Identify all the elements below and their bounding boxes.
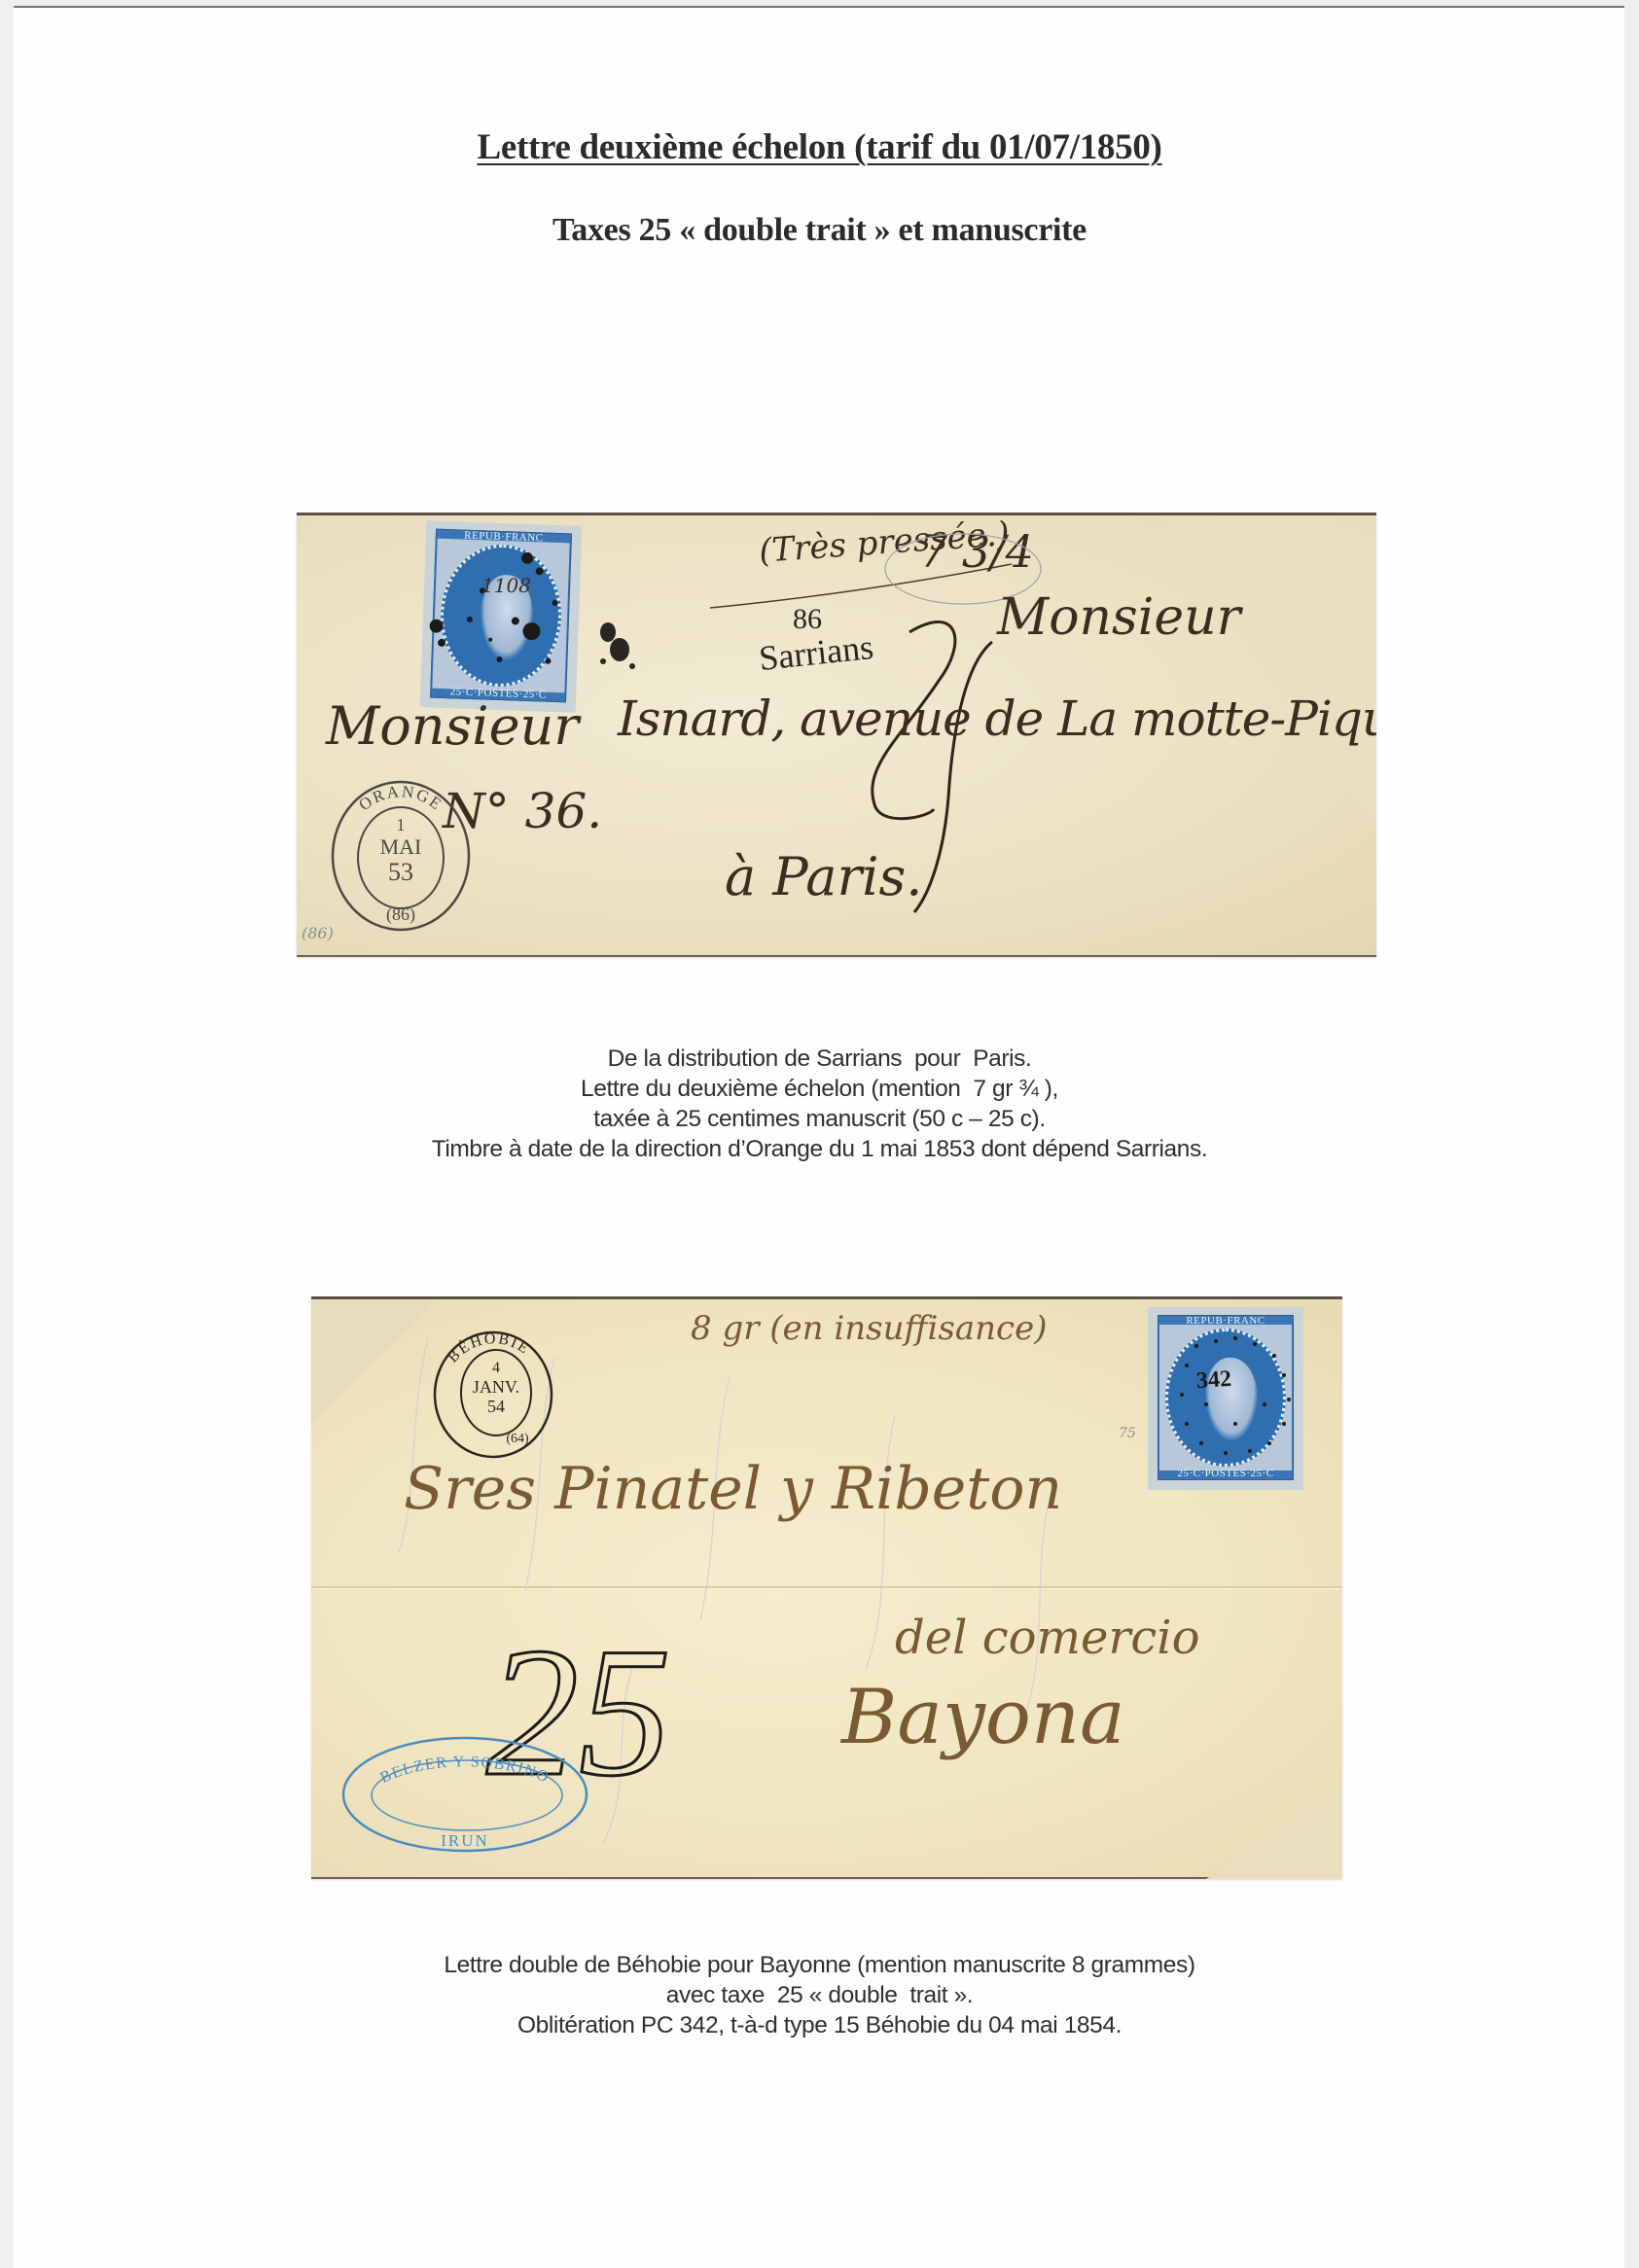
- address-name-street: Isnard, avenue de La motte-Piquet: [618, 691, 1376, 747]
- page-subtitle: Taxes 25 « double trait » et manuscrite: [0, 212, 1639, 249]
- postmark-behobie: BÉHOBIE 4 JANV. 54 (64): [430, 1327, 556, 1463]
- page-title: Lettre deuxième échelon (tarif du 01/07/…: [0, 126, 1639, 168]
- cover-behobie-bayonne: 8 gr (en insuffisance) BÉHOBIE 4 JANV. 5…: [311, 1296, 1342, 1879]
- merchant-cachet-irun: BELZER Y SOBRINO IRUN: [338, 1731, 591, 1862]
- svg-text:ORANGE: ORANGE: [355, 782, 445, 814]
- dotted-cancel-icon: [420, 520, 583, 712]
- caption-cover-1: De la distribution de Sarrians pour Pari…: [0, 1044, 1639, 1164]
- address-city: Bayona: [841, 1674, 1125, 1761]
- address-line-1: Sres Pinatel y Ribeton: [404, 1455, 1062, 1523]
- postmark-orange: ORANGE 1 MAI 53 (86): [328, 778, 474, 934]
- cancel-smudge-icon: [588, 613, 647, 681]
- address-salutation: Monsieur: [997, 588, 1240, 647]
- address-line-2: del comercio: [895, 1611, 1200, 1665]
- envelope-flap: [1162, 515, 1376, 827]
- svg-text:IRUN: IRUN: [441, 1831, 489, 1850]
- address-monsieur: Monsieur: [326, 695, 579, 757]
- cover-sarrians-paris: REPUB·FRANC 25·C·POSTES·25·C 1108 (Très …: [297, 513, 1376, 957]
- address-city: à Paris.: [725, 846, 922, 907]
- annotation-weight-insuffisance: 8 gr (en insuffisance): [691, 1309, 1047, 1348]
- pc-cancel-icon: [1148, 1307, 1303, 1490]
- pencil-note: 1108: [481, 574, 531, 597]
- stamp-napoleon-25c: REPUB·FRANC 25·C·POSTES·25·C 342: [1148, 1307, 1303, 1490]
- caption-cover-2: Lettre double de Béhobie pour Bayonne (m…: [0, 1950, 1639, 2040]
- pencil-note: 75: [1119, 1426, 1136, 1441]
- svg-text:BELZER Y SOBRINO: BELZER Y SOBRINO: [378, 1754, 552, 1787]
- stamp-napoleon-25c: REPUB·FRANC 25·C·POSTES·25·C: [420, 520, 583, 712]
